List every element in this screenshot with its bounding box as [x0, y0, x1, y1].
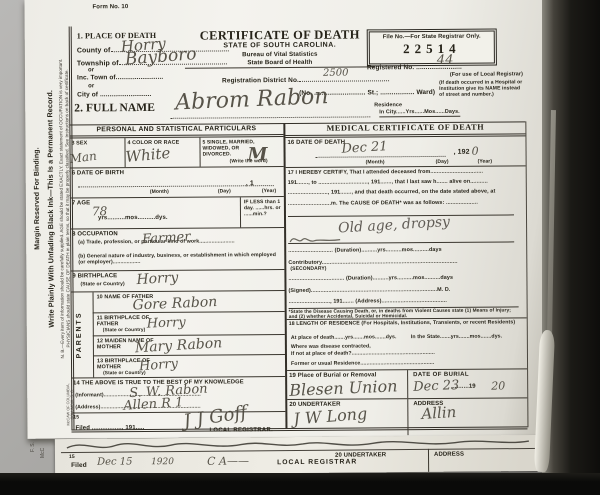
strip-address-label: ADDRESS [434, 452, 464, 460]
cell-divider [240, 197, 241, 227]
undertaker-row: 20 UNDERTAKER ADDRESS J W Long Allin [287, 398, 527, 436]
cause-of-death-handwritten: Old age, dropsy [338, 214, 451, 237]
certify-line-1: 17 I HEREBY CERTIFY, That I attended dec… [288, 168, 520, 176]
file-number: 22514 [370, 41, 494, 58]
birthplace-handwritten: Horry [136, 270, 179, 288]
father-birthplace-handwritten: Horry [146, 315, 186, 332]
or-word-2: or [88, 83, 94, 91]
marital-handwritten: M [247, 144, 267, 165]
file-box-title: File No.—For State Registrar Only. [370, 34, 494, 41]
registered-no-handwritten: 44 [437, 53, 454, 68]
duration-line-1: ............................ (Duration).… [288, 246, 520, 254]
dob-printed-one: , 1 [246, 180, 254, 188]
dob-month-label: (Month) [150, 189, 169, 195]
dod-month-label: (Month) [366, 159, 385, 165]
burial-row: 19 Place of Burial or Removal DATE OF BU… [287, 369, 527, 400]
full-name-handwritten: Abrom Rabon [175, 84, 329, 115]
strip-filed-number: 15 [69, 454, 75, 460]
age-row: 7 AGE yrs..........mos..........dys. IF … [70, 197, 284, 229]
scanned-death-certificate: { "margins": { "binding": "Margin Reserv… [0, 0, 600, 495]
dod-year-printed: , 192 [454, 149, 470, 158]
city-label: City of ........................... [77, 91, 151, 100]
not-at-place-line: If not at place of death?...............… [291, 350, 435, 357]
in-city-line: In City......Yrs......Mos......Days. [379, 109, 460, 118]
certify-line-3: ........................., 191......., a… [288, 188, 520, 196]
strip-registrar-signature: C A—— [207, 454, 249, 467]
rule [93, 334, 285, 336]
length-residence-label: 18 LENGTH OF RESIDENCE (For Hospitals, I… [289, 319, 521, 327]
in-state-line: In the State.......yrs.......mos.......d… [411, 333, 502, 340]
sex-label: 3 SEX [71, 140, 87, 147]
parents-vertical-label: PARENTS [76, 300, 83, 370]
registered-no-subnote: (For use of Local Registrar) [405, 71, 523, 78]
date-of-birth-row: 6 DATE OF BIRTH (Month) (Day) , 1 (Year) [70, 167, 284, 198]
dod-year-label: (Year) [478, 159, 493, 165]
inc-town-label: Inc. Town of......................... [77, 74, 163, 83]
date-of-death-handwritten: Dec 21 [341, 139, 388, 157]
dod-year-handwritten: 0 [471, 145, 478, 158]
certify-block: 17 I HEREBY CERTIFY, That I attended dec… [286, 166, 527, 320]
full-name-line [170, 116, 370, 118]
race-handwritten: White [125, 144, 171, 166]
secondary-label: (SECONDARY) [290, 266, 326, 272]
margin-permanent-record-note: Write Plainly With Unfading Black Ink—Th… [45, 34, 56, 384]
strip-filed-label: Filed [71, 462, 87, 470]
burial-year-handwritten: 20 [491, 379, 505, 392]
father-birthplace-subnote: (State or Country) [103, 328, 146, 333]
strip-undertaker-label: 20 UNDERTAKER [335, 452, 386, 460]
burial-cell-divider [407, 370, 408, 398]
occupation-label: 8 OCCUPATION [72, 231, 118, 239]
informant-block: 14 THE ABOVE IS TRUE TO THE BEST OF MY K… [71, 377, 285, 413]
sex-race-marital-row: 3 SEX 4 COLOR OR RACE 5 SINGLE, MARRIED,… [69, 137, 283, 168]
occupation-row: 8 OCCUPATION (a) Trade, profession, or p… [70, 228, 284, 271]
date-of-death-line [316, 156, 446, 158]
registration-district-label: Registration District No. [222, 74, 389, 85]
residence-label: Residence [374, 102, 402, 108]
medical-header-row: MEDICAL CERTIFICATE OF DEATH [285, 121, 525, 138]
filed-line: Filed ................., 191..... [75, 425, 144, 433]
at-place-line: At place of death.......yrs.......mos...… [291, 334, 397, 341]
form-number: Form No. 10 [93, 4, 129, 12]
hospital-note: (If death occurred in a Hospital or Inst… [439, 79, 523, 98]
cell-divider [199, 138, 200, 167]
medical-column: MEDICAL CERTIFICATE OF DEATH 16 DATE OF … [285, 121, 528, 429]
age-ifless-note: IF LESS than 1 day. ......hrs. or ......… [244, 199, 282, 217]
scan-bottom-bar [0, 473, 600, 495]
sex-handwritten: Man [69, 149, 98, 166]
certify-line-4: ...........................m. The CAUSE … [288, 199, 520, 207]
date-of-death-row: 16 DATE OF DEATH Dec 21 , 192 0 (Month) … [285, 136, 525, 168]
state-line: STATE OF SOUTH CAROLINA. [185, 41, 375, 49]
signed-line: (Signed)................................… [288, 286, 520, 294]
parents-block: PARENTS 10 NAME OF FATHER Gore Rabon 11 … [71, 291, 286, 378]
rule [93, 354, 285, 356]
length-of-residence-block: 18 LENGTH OF RESIDENCE (For Hospitals, I… [287, 318, 527, 371]
contracted-line: Where was disease contracted, [291, 343, 371, 350]
margin-fs-mark: F. S. [30, 432, 36, 462]
address-date-line: .........................., 191....... (… [289, 297, 521, 305]
age-label: 7 AGE [72, 200, 90, 208]
dob-label: 6 DATE OF BIRTH [72, 170, 124, 178]
place-of-burial-handwritten: Blesen Union [289, 376, 398, 400]
personal-header: PERSONAL AND STATISTICAL PARTICULARS [69, 123, 283, 133]
duration-line-2: ................................... (Dur… [288, 274, 520, 282]
undertaker-cell-divider [407, 399, 408, 435]
personal-header-row: PERSONAL AND STATISTICAL PARTICULARS [69, 123, 283, 138]
age-handwritten: 78 [92, 204, 107, 218]
medical-header: MEDICAL CERTIFICATE OF DEATH [285, 121, 525, 133]
occupation-b-label: (b) General nature of industry, business… [78, 252, 278, 265]
informant-address-handwritten: Allen R 1 [123, 395, 184, 414]
occupation-handwritten: Farmer [142, 229, 191, 247]
rule [93, 311, 285, 313]
former-residence-line: Former or usual Residence...............… [291, 360, 434, 367]
filed-number: 15 [73, 414, 79, 420]
local-registrar-label: LOCAL REGISTRAR. [209, 427, 273, 433]
file-number-box: File No.—For State Registrar Only. 22514 [367, 29, 497, 67]
dob-day-label: (Day) [218, 188, 231, 194]
margin-binding-note: Margin Reserved For Binding. [33, 54, 42, 344]
birthplace-subnote: (State or Country) [80, 281, 124, 288]
certificate-paper: Margin Reserved For Binding. Write Plain… [24, 0, 547, 439]
full-name-label: 2. FULL NAME [74, 102, 155, 115]
mother-birthplace-handwritten: Horry [139, 356, 179, 374]
next-certificate-strip: 15 Filed Dec 15 1920 C A—— LOCAL REGISTR… [55, 435, 547, 475]
strip-filed-year-handwritten: 1920 [151, 457, 174, 467]
handwriting-scribble [288, 232, 342, 246]
bureau-line: Bureau of Vital Statistics [185, 50, 375, 58]
birthplace-label: 9 BIRTHPLACE [72, 273, 117, 281]
burial-year-printed: ..........19 [451, 384, 476, 392]
registration-district-handwritten: 2500 [323, 68, 349, 79]
margin-mc-mark: McC [40, 438, 46, 468]
strip-filed-date-handwritten: Dec 15 [97, 456, 133, 467]
dod-day-label: (Day) [436, 159, 449, 165]
dob-line [78, 185, 274, 187]
certify-line-2: 191......., to .........................… [288, 178, 520, 186]
strip-address-divider [428, 449, 429, 472]
age-units: yrs..........mos..........dys. [98, 215, 168, 223]
filed-row: 15 Filed ................., 191..... J J… [71, 412, 285, 439]
personal-column: PERSONAL AND STATISTICAL PARTICULARS 3 S… [69, 123, 287, 431]
date-of-death-label: 16 DATE OF DEATH [287, 140, 345, 148]
undertaker-address-handwritten: Allin [421, 403, 457, 423]
birthplace-row: 9 BIRTHPLACE (State or Country) Horry [70, 270, 284, 292]
dob-year-label: (Year) [262, 188, 277, 194]
